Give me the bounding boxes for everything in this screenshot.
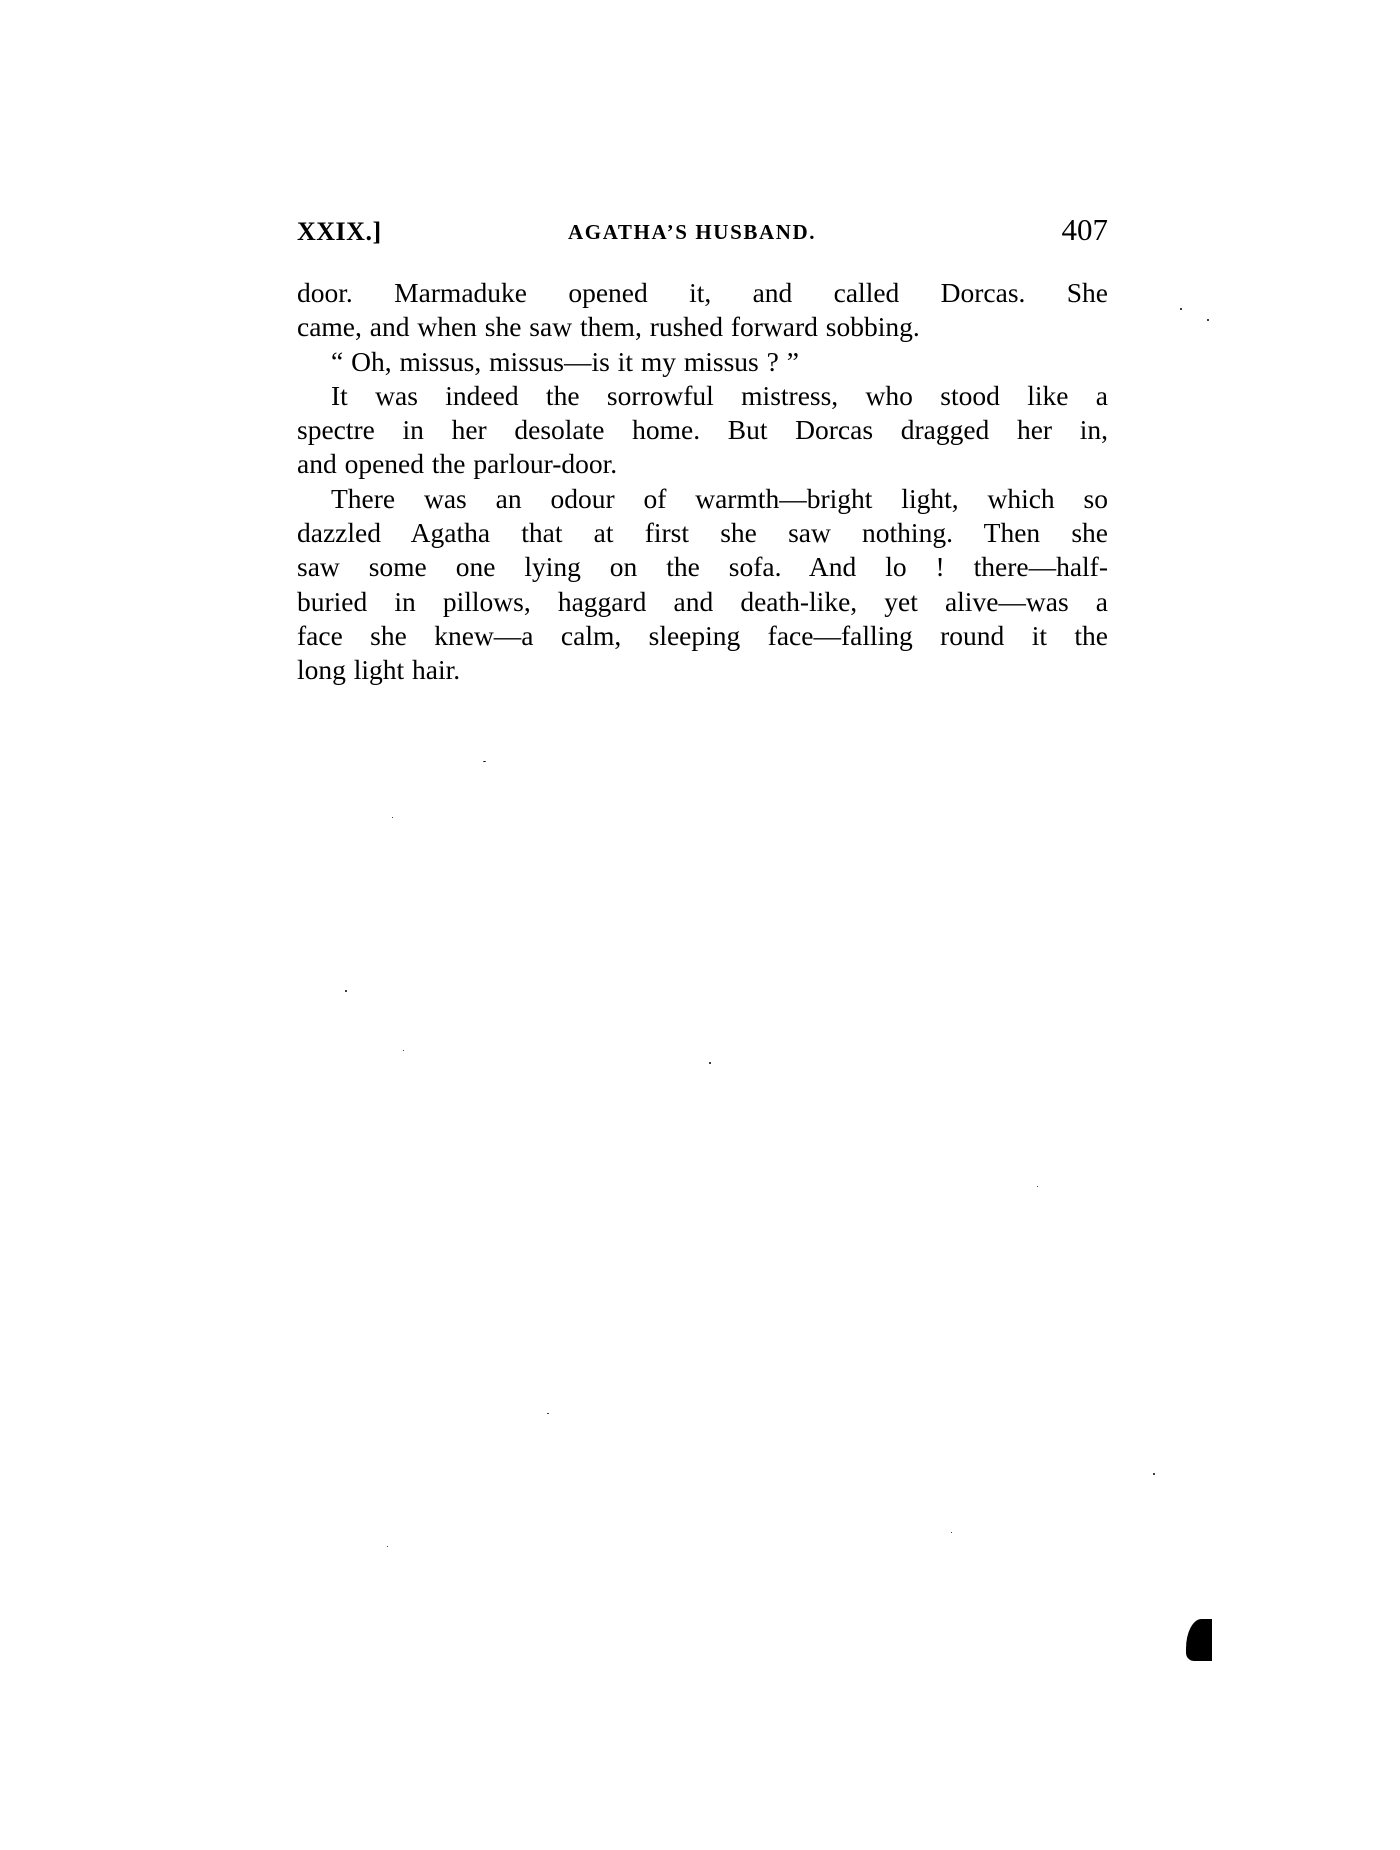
text-line: long light hair. <box>297 653 1108 687</box>
page-number: 407 <box>1062 210 1109 250</box>
scan-speck <box>387 1546 388 1547</box>
scan-speck <box>547 1413 549 1414</box>
scan-speck <box>951 1532 952 1533</box>
scan-speck <box>1207 319 1209 321</box>
text-line: spectre in her desolate home. But Dorcas… <box>297 413 1108 447</box>
chapter-number: XXIX.] <box>297 212 382 252</box>
scan-speck <box>709 1062 711 1064</box>
scan-speck <box>392 817 393 818</box>
text-line: There was an odour of warmth—bright ligh… <box>297 482 1108 516</box>
ink-blot <box>1186 1619 1212 1661</box>
text-line: “ Oh, missus, missus—is it my missus ? ” <box>297 345 1108 379</box>
scan-speck <box>483 761 486 762</box>
text-line: saw some one lying on the sofa. And lo !… <box>297 550 1108 584</box>
text-line: dazzled Agatha that at first she saw not… <box>297 516 1108 550</box>
book-page: XXIX.] AGATHA’S HUSBAND. 407 door. Marma… <box>0 0 1400 1850</box>
scan-speck <box>403 1050 404 1051</box>
text-line: door. Marmaduke opened it, and called Do… <box>297 276 1108 310</box>
scan-speck <box>345 990 347 992</box>
text-line: and opened the parlour-door. <box>297 447 1108 481</box>
running-title: AGATHA’S HUSBAND. <box>568 212 816 252</box>
text-line: came, and when she saw them, rushed forw… <box>297 310 1108 344</box>
scan-speck <box>1153 1473 1155 1475</box>
body-text: door. Marmaduke opened it, and called Do… <box>297 276 1108 688</box>
scan-speck <box>1037 1186 1038 1187</box>
text-line: It was indeed the sorrowful mistress, wh… <box>297 379 1108 413</box>
text-line: face she knew—a calm, sleeping face—fall… <box>297 619 1108 653</box>
scan-speck <box>1180 308 1182 310</box>
running-head: XXIX.] AGATHA’S HUSBAND. 407 <box>297 212 1108 252</box>
text-line: buried in pillows, haggard and death-lik… <box>297 585 1108 619</box>
